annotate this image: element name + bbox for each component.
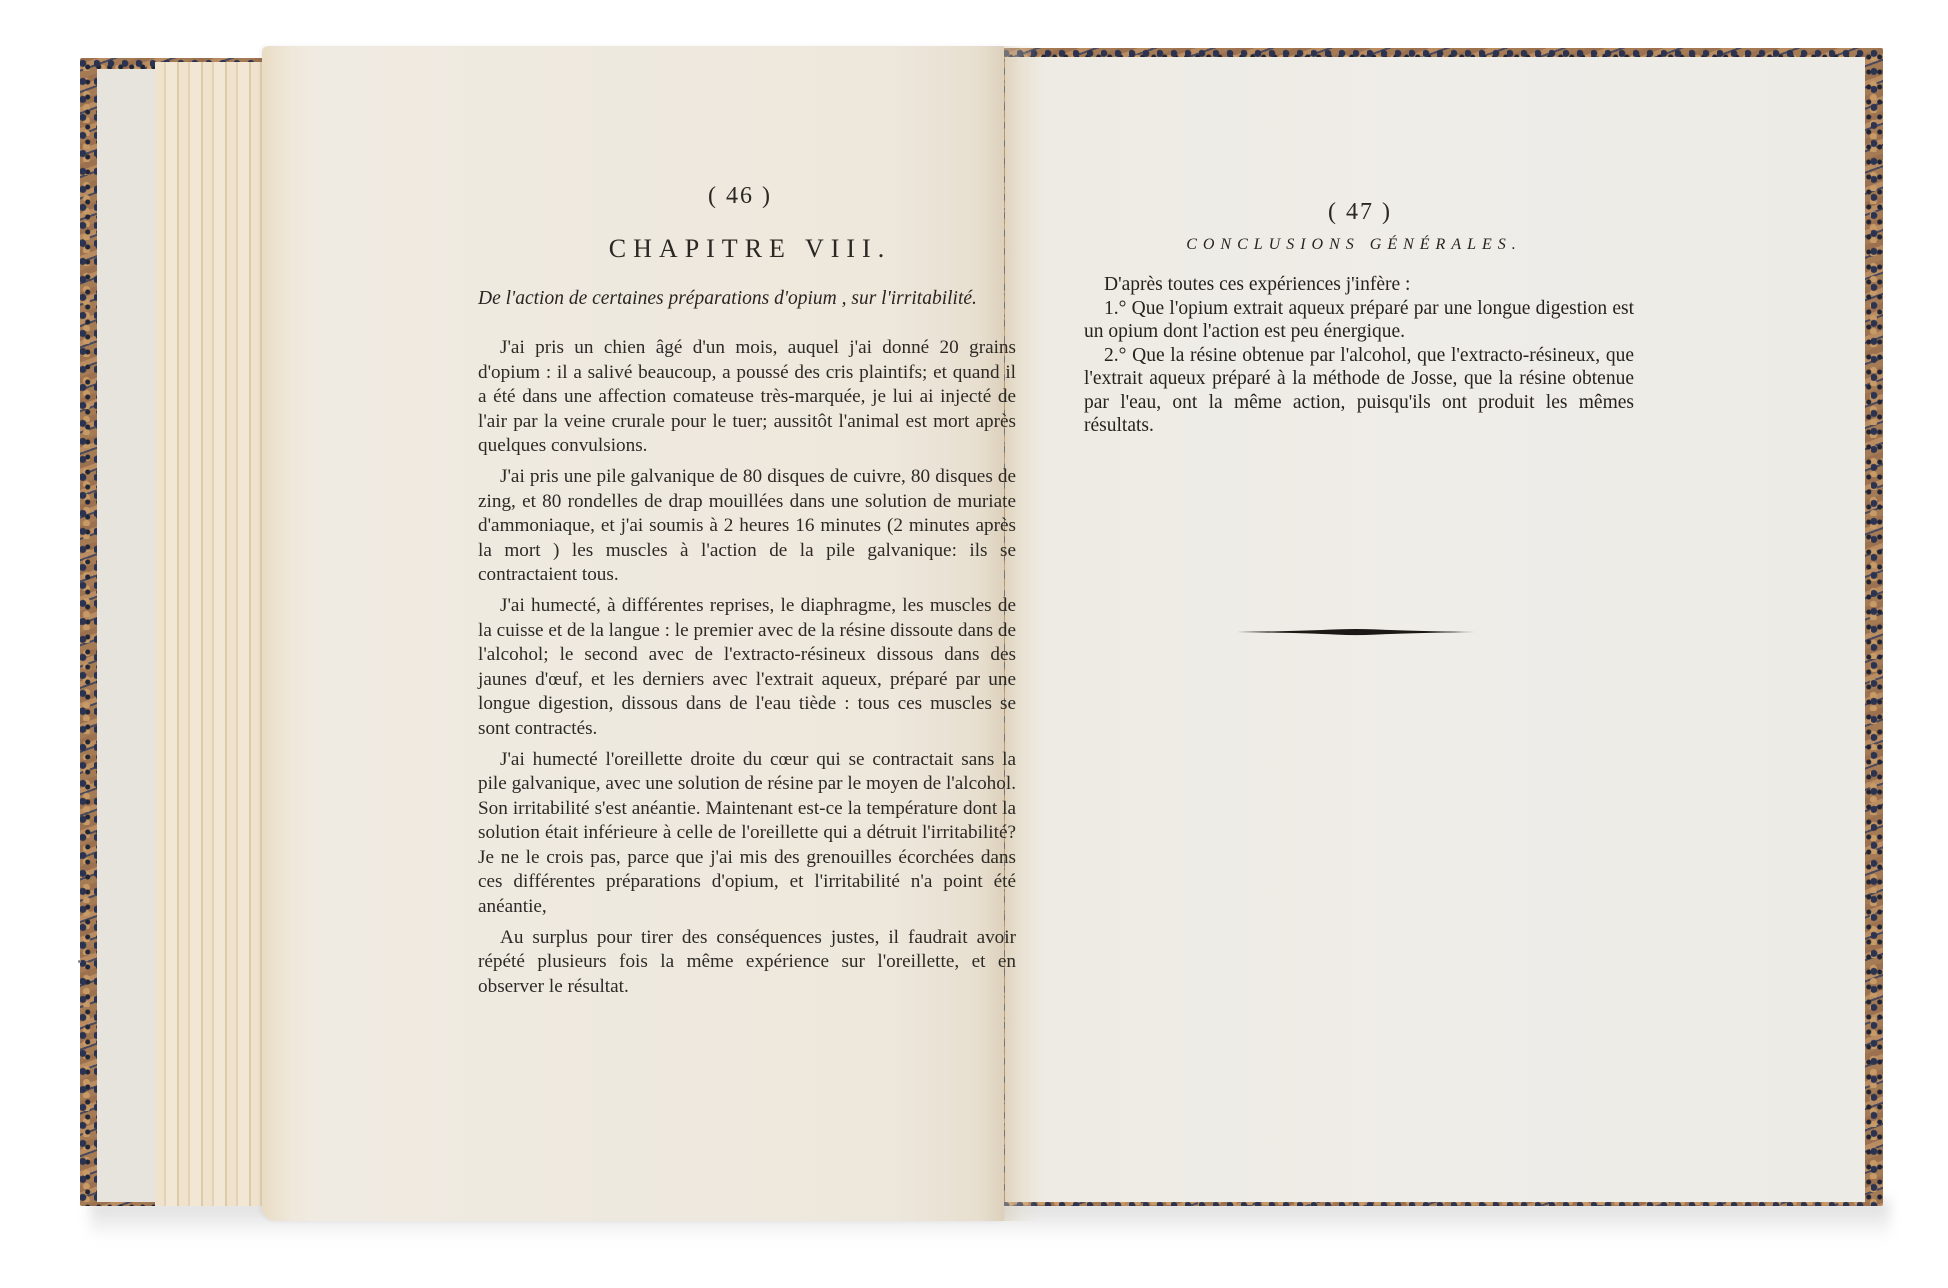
chapter-heading: CHAPITRE VIII. [480, 234, 1020, 264]
ornament-divider-icon [1237, 628, 1475, 636]
paragraph: J'ai humecté, à différentes reprises, le… [478, 594, 1016, 742]
paragraph: 2.° Que la résine obtenue par l'alcohol,… [1084, 344, 1634, 438]
paragraph: 1.° Que l'opium extrait aqueux préparé p… [1084, 297, 1634, 344]
left-page-body: J'ai pris un chien âgé d'un mois, auquel… [478, 336, 1016, 1005]
paragraph: J'ai pris un chien âgé d'un mois, auquel… [478, 336, 1016, 459]
page-number-47: ( 47 ) [1180, 199, 1540, 226]
page-edges-stack [155, 62, 270, 1206]
chapter-subtitle: De l'action de certaines préparations d'… [478, 288, 977, 310]
paragraph: Au surplus pour tirer des conséquences j… [478, 926, 1016, 1000]
right-page-body: D'après toutes ces expériences j'infère … [1084, 273, 1634, 438]
left-flyleaf [97, 69, 157, 1202]
conclusions-heading: CONCLUSIONS GÉNÉRALES. [1084, 236, 1624, 254]
paragraph: J'ai humecté l'oreillette droite du cœur… [478, 748, 1016, 920]
speck [78, 960, 81, 963]
page-number-46: ( 46 ) [560, 183, 920, 210]
paragraph: J'ai pris une pile galvanique de 80 disq… [478, 465, 1016, 588]
paragraph: D'après toutes ces expériences j'infère … [1084, 273, 1634, 297]
